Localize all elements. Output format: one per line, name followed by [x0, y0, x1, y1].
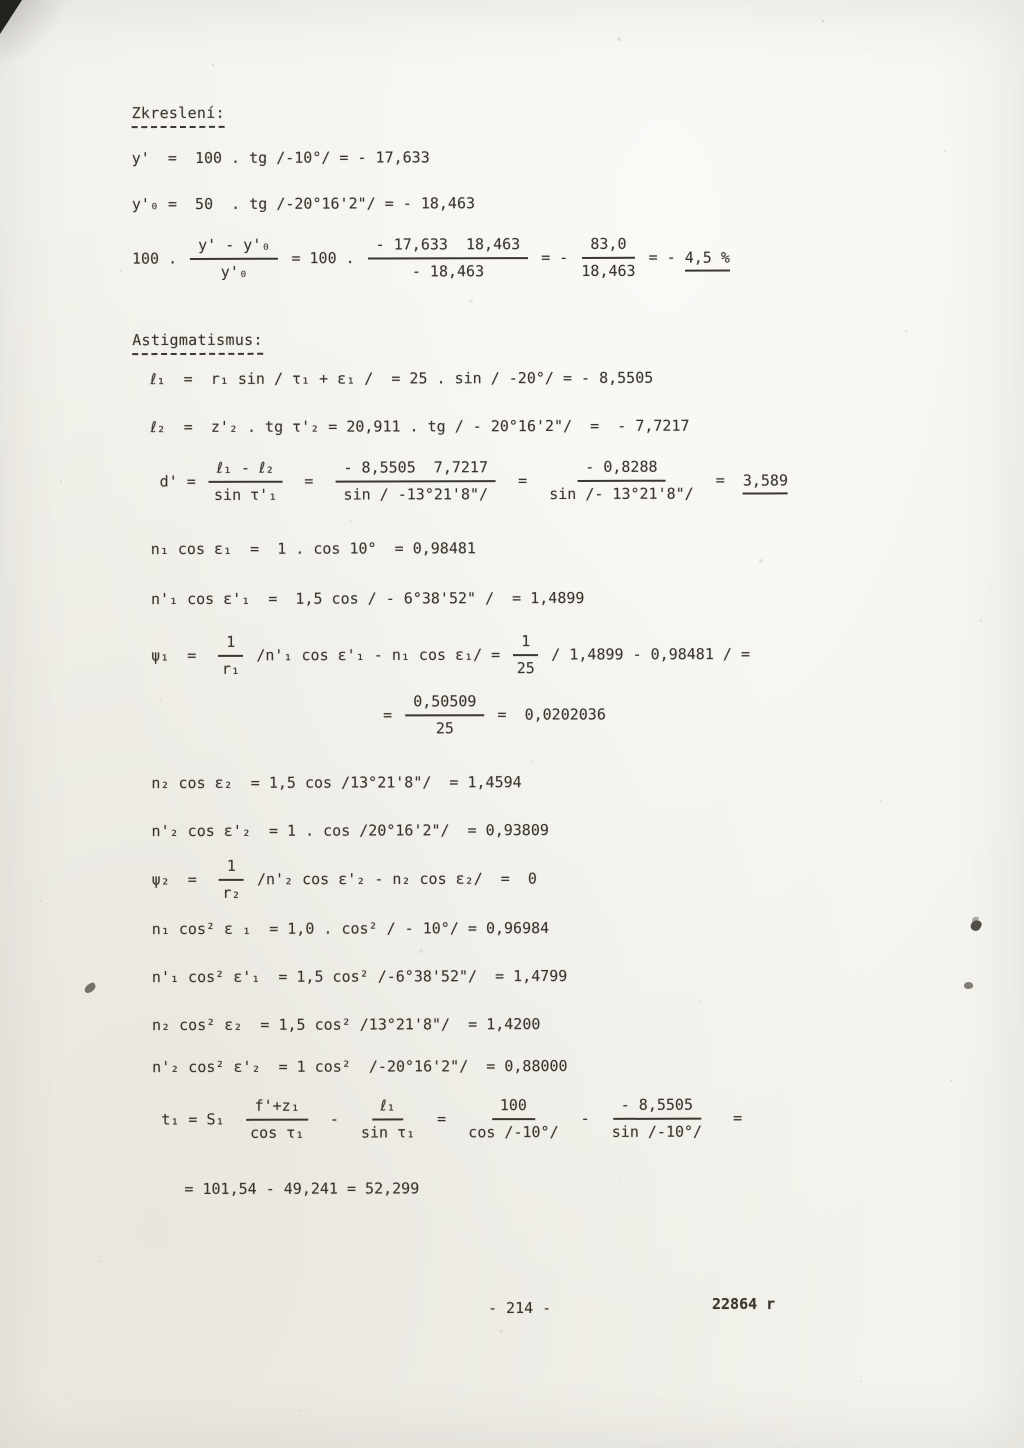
fraction-numerator: 1: [218, 633, 243, 657]
text-segment: n'₂ cos ε'₂ = 1 . cos /20°16'2"/ = 0,938…: [133, 821, 548, 840]
text-segment: -: [312, 1110, 357, 1128]
text-segment: n'₁ cos² ε'₁ = 1,5 cos² /-6°38'52"/ = 1,…: [134, 967, 568, 986]
text-segment: n₂ cos ε₂ = 1,5 cos /13°21'8"/ = 1,4594: [133, 773, 521, 792]
fraction-denominator: r₁: [222, 657, 240, 679]
eq-l1: ℓ₁ = r₁ sin / τ₁ + ε₁ / = 25 . sin / -20…: [132, 367, 992, 389]
text-segment: =: [500, 472, 545, 490]
text-segment: y' = 100 . tg /-10°/ = - 17,633: [132, 148, 430, 167]
text-segment: =: [419, 1110, 464, 1128]
fraction: - 17,633 18,463- 18,463: [368, 235, 529, 281]
eq-n1-cos: n₁ cos ε₁ = 1 . cos 10° = 0,98481: [133, 537, 993, 559]
underlined-result: 3,589: [743, 471, 788, 494]
fraction-denominator: r₂: [222, 881, 240, 903]
fraction-denominator: 25: [517, 656, 535, 678]
eq-n1-prime-cos2: n'₁ cos² ε'₁ = 1,5 cos² /-6°38'52"/ = 1,…: [134, 965, 994, 987]
eq-psi1: ψ₁ = 1r₁ /n'₁ cos ε'₁ - n₁ cos ε₁/ = 125…: [133, 631, 993, 679]
text-segment: d' =: [133, 472, 205, 490]
text-segment: t₁ = S₁: [134, 1110, 242, 1128]
fraction-denominator: 25: [436, 716, 454, 738]
fraction-numerator: 0,50509: [405, 692, 484, 716]
eq-t1-result: = 101,54 - 49,241 = 52,299: [134, 1177, 994, 1199]
fraction-numerator: 1: [513, 632, 538, 656]
text-segment: =: [286, 472, 331, 490]
section-astigmatismus: Astigmatismus: ℓ₁ = r₁ sin / τ₁ + ε₁ / =…: [132, 328, 994, 1199]
eq-n1-cos2: n₁ cos² ε ₁ = 1,0 . cos² / - 10°/ = 0,96…: [134, 917, 994, 939]
fraction-numerator: 83,0: [582, 235, 634, 259]
fraction-denominator: sin /- 13°21'8"/: [549, 482, 694, 504]
fraction: 0,5050925: [405, 692, 484, 738]
fraction: 1r₁: [218, 633, 243, 679]
pencil-smudge-artifact: [83, 982, 97, 995]
fraction-numerator: f'+z₁: [247, 1097, 308, 1121]
text-segment: ℓ₁ = r₁ sin / τ₁ + ε₁ / = 25 . sin / -20…: [132, 369, 653, 388]
text-segment: n'₁ cos ε'₁ = 1,5 cos / - 6°38'52" / = 1…: [133, 589, 585, 608]
page-number: - 214 -: [488, 1298, 551, 1318]
fraction-numerator: - 8,5505 7,7217: [335, 458, 496, 482]
text-segment: ψ₁ =: [133, 646, 214, 664]
eq-n2-cos2: n₂ cos² ε₂ = 1,5 cos² /13°21'8"/ = 1,420…: [134, 1013, 994, 1035]
paper-speckles: [0, 0, 2, 2]
eq-d-prime: d' = ℓ₁ - ℓ₂sin τ'₁ = - 8,5505 7,7217sin…: [132, 457, 992, 505]
fraction: 100cos /-10°/: [468, 1096, 558, 1142]
fraction-denominator: - 18,463: [412, 259, 484, 281]
document-number: 22864 r: [712, 1294, 775, 1314]
fraction-denominator: 18,463: [581, 259, 635, 281]
fraction-numerator: 1: [219, 857, 244, 881]
fraction-denominator: sin /-10°/: [612, 1120, 702, 1142]
eq-n1-prime-cos: n'₁ cos ε'₁ = 1,5 cos / - 6°38'52" / = 1…: [133, 587, 993, 609]
text-segment: = 100 .: [282, 249, 363, 267]
eq-y0-prime: y'₀ = 50 . tg /-20°16'2"/ = - 18,463: [132, 192, 992, 214]
fraction-numerator: ℓ₁ - ℓ₂: [209, 459, 283, 483]
eq-psi2: ψ₂ = 1r₂ /n'₂ cos ε'₂ - n₂ cos ε₂/ = 0: [134, 855, 994, 903]
text-segment: / 1,4899 - 0,98481 / =: [542, 645, 750, 664]
text-segment: = 0,0202036: [488, 705, 605, 723]
text-segment: ℓ₂ = z'₂ . tg τ'₂ = 20,911 . tg / - 20°1…: [132, 417, 689, 436]
text-segment: ψ₂ =: [134, 870, 215, 888]
fraction: 1r₂: [219, 857, 244, 903]
eq-y-prime: y' = 100 . tg /-10°/ = - 17,633: [132, 146, 992, 168]
text-segment: /n'₁ cos ε'₁ - n₁ cos ε₁/ =: [247, 646, 509, 665]
fraction-denominator: cos /-10°/: [468, 1120, 558, 1142]
eq-t1: t₁ = S₁ f'+z₁cos τ₁ - ℓ₁sin τ₁ = 100cos …: [134, 1095, 994, 1143]
fraction: 125: [513, 632, 538, 678]
text-segment: =: [383, 706, 401, 724]
fraction-denominator: cos τ₁: [250, 1121, 304, 1143]
equation-block-zkresleni: y' = 100 . tg /-10°/ = - 17,633y'₀ = 50 …: [132, 146, 992, 282]
eq-psi1-result: = 0,5050925 = 0,0202036: [133, 691, 993, 739]
fraction-numerator: y' - y'₀: [190, 236, 278, 260]
text-segment: =: [698, 471, 743, 489]
section-zkresleni: Zkreslení: y' = 100 . tg /-10°/ = - 17,6…: [132, 101, 992, 282]
text-segment: = -: [532, 248, 577, 266]
text-segment: n₂ cos² ε₂ = 1,5 cos² /13°21'8"/ = 1,420…: [134, 1015, 540, 1034]
fraction-numerator: ℓ₁: [372, 1096, 403, 1120]
text-segment: n₁ cos² ε ₁ = 1,0 . cos² / - 10°/ = 0,96…: [134, 919, 549, 938]
fraction-numerator: - 8,5505: [613, 1096, 701, 1120]
text-segment: = -: [640, 248, 685, 266]
text-segment: -: [563, 1109, 608, 1127]
fraction-denominator: sin τ₁: [361, 1120, 415, 1142]
text-segment: n'₂ cos² ε'₂ = 1 cos² /-20°16'2"/ = 0,88…: [134, 1057, 568, 1076]
fraction: 83,018,463: [581, 235, 635, 281]
fraction: y' - y'₀y'₀: [190, 236, 278, 282]
fraction: - 8,5505 7,7217sin / -13°21'8"/: [335, 458, 496, 504]
scanned-document-page: Zkreslení: y' = 100 . tg /-10°/ = - 17,6…: [0, 0, 1024, 1448]
text-segment: y'₀ = 50 . tg /-20°16'2"/ = - 18,463: [132, 194, 475, 213]
section-heading-zkresleni: Zkreslení:: [132, 103, 225, 128]
eq-n2-prime-cos: n'₂ cos ε'₂ = 1 . cos /20°16'2"/ = 0,938…: [133, 819, 993, 841]
text-segment: n₁ cos ε₁ = 1 . cos 10° = 0,98481: [133, 539, 476, 558]
fraction-numerator: 100: [492, 1096, 535, 1120]
document-content: Zkreslení: y' = 100 . tg /-10°/ = - 17,6…: [132, 101, 995, 1199]
section-heading-astigmatismus: Astigmatismus:: [132, 330, 263, 355]
fraction: f'+z₁cos τ₁: [247, 1097, 308, 1143]
scan-corner-fold-artifact: [0, 0, 22, 34]
equation-block-astigmatismus: ℓ₁ = r₁ sin / τ₁ + ε₁ / = 25 . sin / -20…: [132, 367, 994, 1199]
fraction: - 0,8288sin /- 13°21'8"/: [549, 458, 694, 504]
eq-n2-cos: n₂ cos ε₂ = 1,5 cos /13°21'8"/ = 1,4594: [133, 771, 993, 793]
fraction-denominator: sin / -13°21'8"/: [344, 482, 489, 504]
eq-l2: ℓ₂ = z'₂ . tg τ'₂ = 20,911 . tg / - 20°1…: [132, 415, 992, 437]
text-segment: =: [706, 1109, 742, 1127]
fraction-numerator: - 0,8288: [577, 458, 665, 482]
eq-distortion-percent: 100 . y' - y'₀y'₀ = 100 . - 17,633 18,46…: [132, 234, 992, 282]
fraction: ℓ₁sin τ₁: [361, 1096, 415, 1142]
underlined-result: 4,5 %: [685, 248, 730, 271]
fraction: ℓ₁ - ℓ₂sin τ'₁: [209, 459, 283, 505]
text-segment: 100 .: [132, 249, 186, 267]
eq-n2-prime-cos2: n'₂ cos² ε'₂ = 1 cos² /-20°16'2"/ = 0,88…: [134, 1055, 994, 1077]
fraction-denominator: sin τ'₁: [214, 483, 277, 505]
text-segment: /n'₂ cos ε'₂ - n₂ cos ε₂/ = 0: [248, 870, 537, 889]
fraction-denominator: y'₀: [221, 260, 248, 282]
fraction-numerator: - 17,633 18,463: [368, 235, 529, 259]
text-segment: = 101,54 - 49,241 = 52,299: [184, 1179, 419, 1198]
fraction: - 8,5505sin /-10°/: [612, 1096, 702, 1142]
